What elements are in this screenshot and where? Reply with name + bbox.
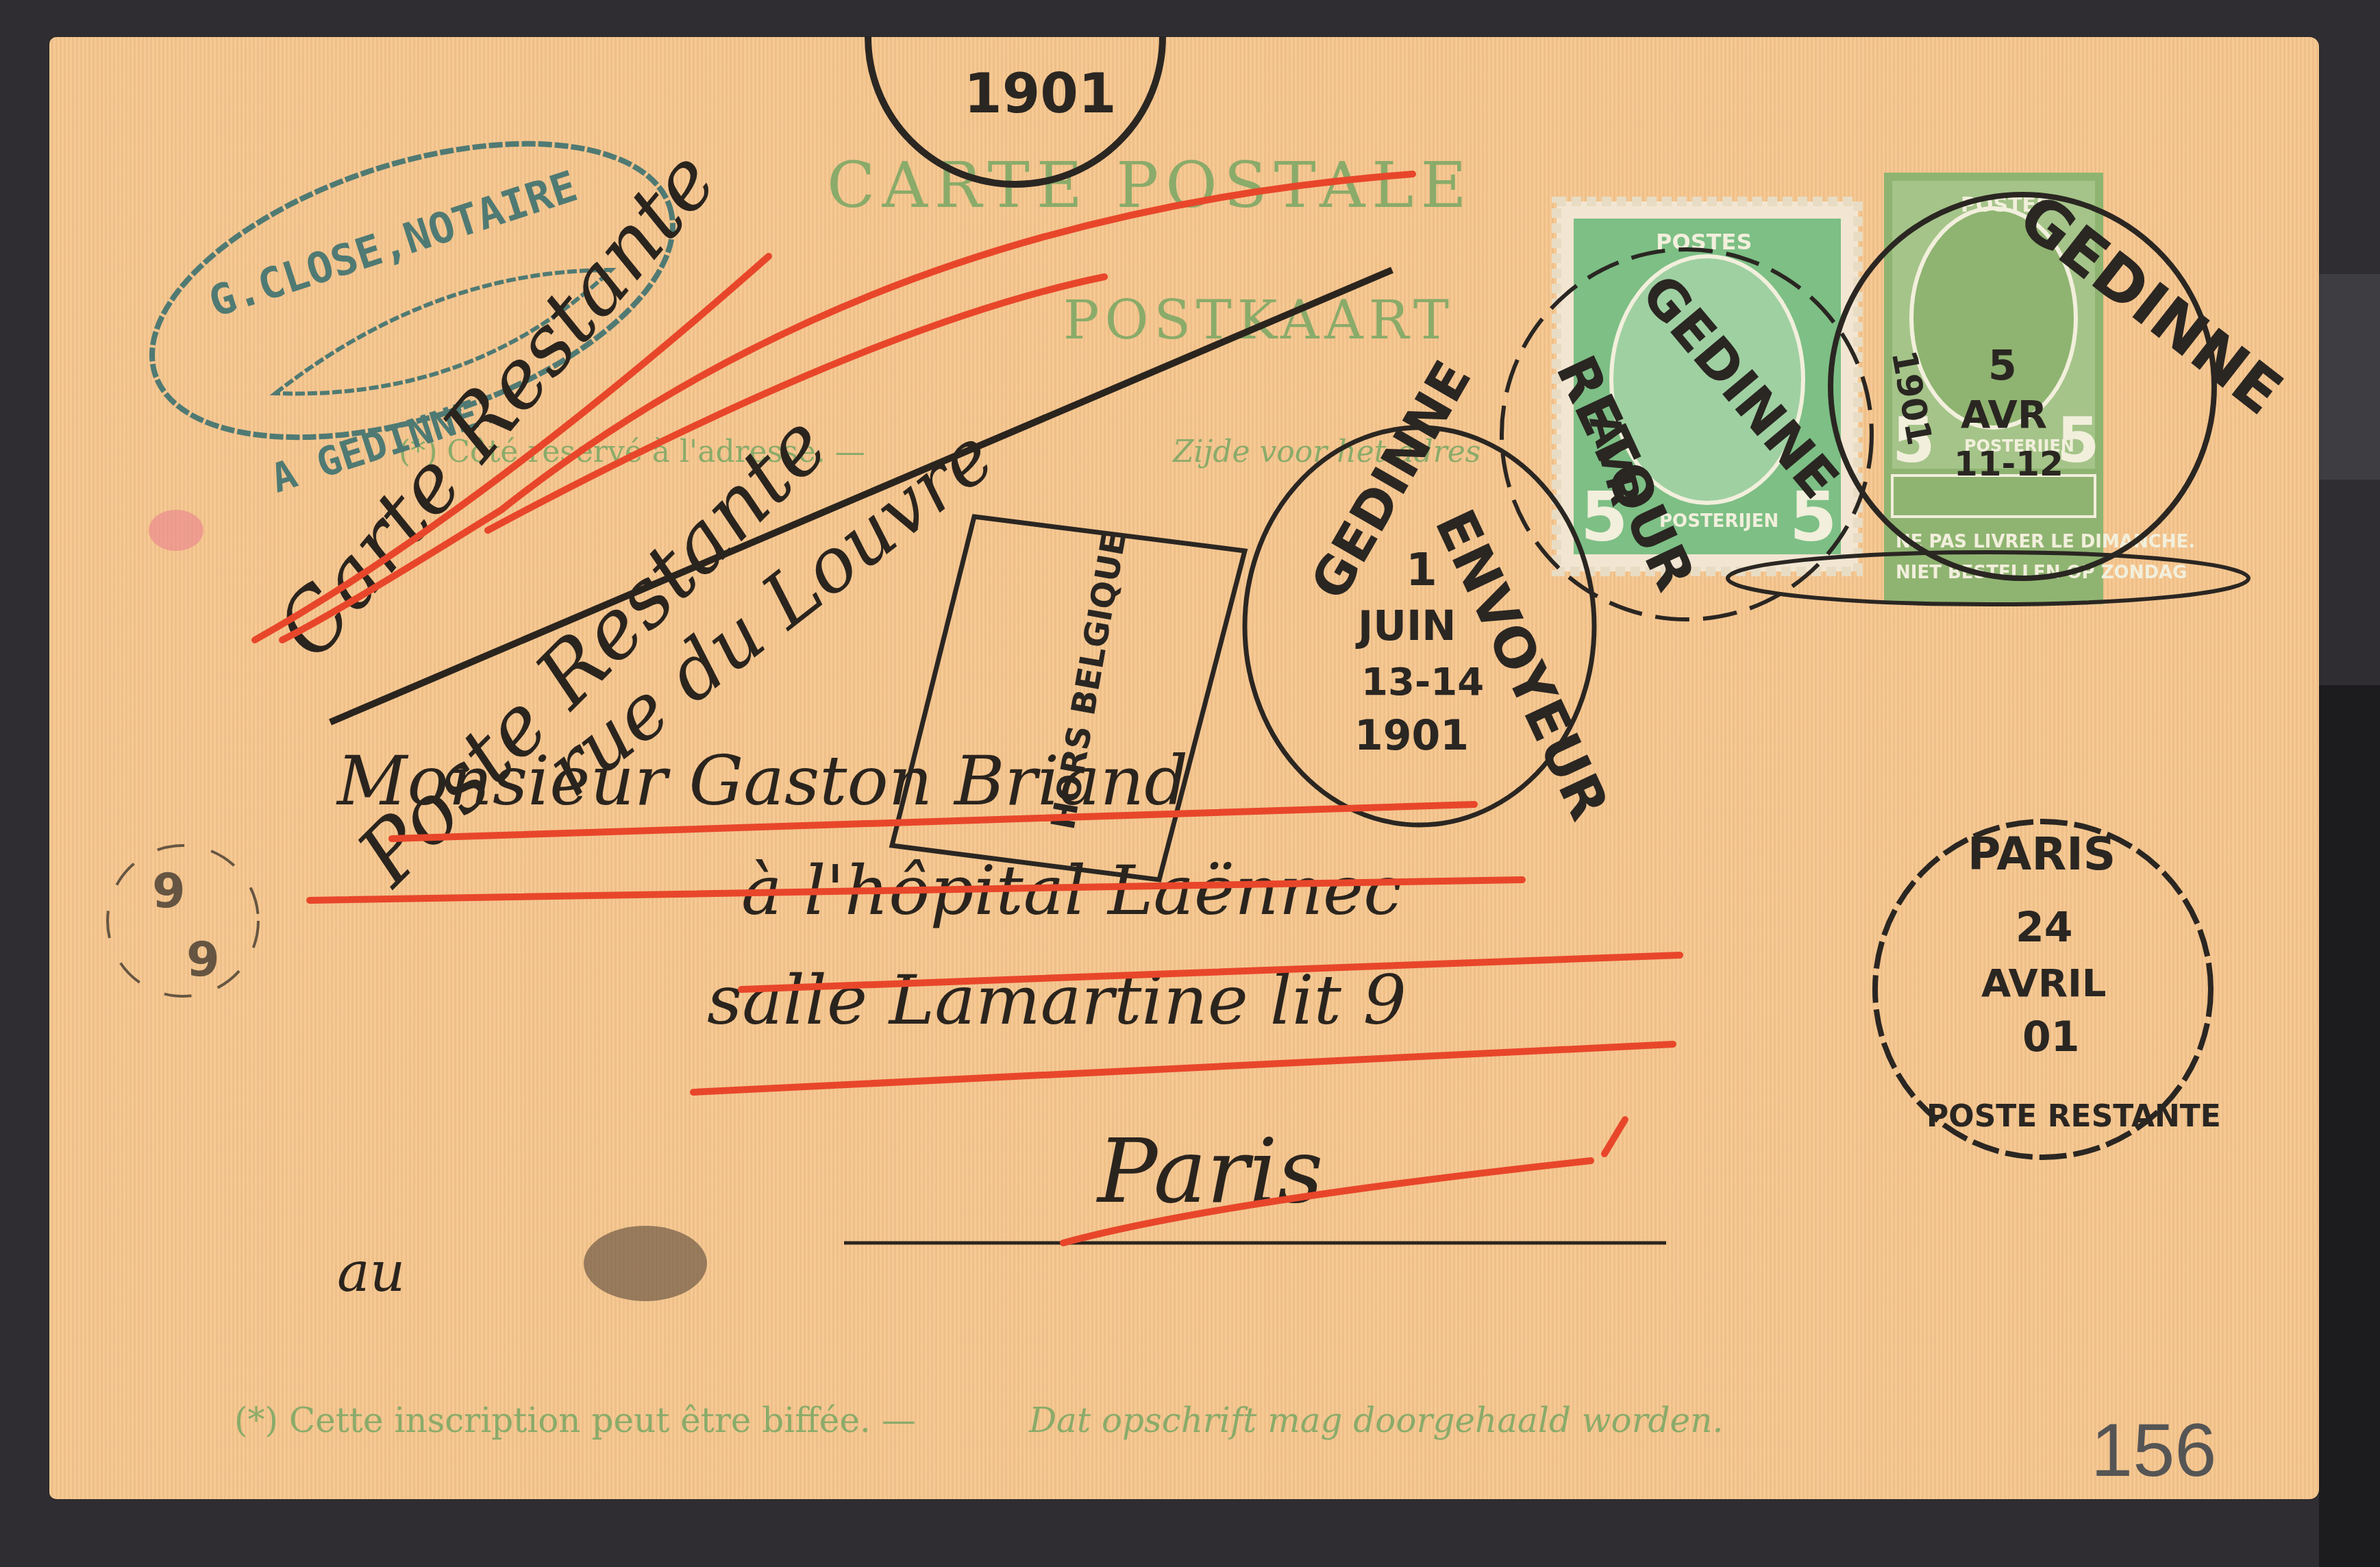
svg-text:JUIN: JUIN [1355,602,1456,650]
svg-text:AVRIL: AVRIL [1981,961,2107,1006]
background-band-dark [2319,685,2380,1567]
postcard-artwork: CARTE POSTALE POSTKAART (*) Côté réservé… [49,37,2319,1499]
postcard: CARTE POSTALE POSTKAART (*) Côté réservé… [49,37,2319,1499]
svg-text:1: 1 [1406,543,1437,596]
svg-text:9: 9 [186,931,220,987]
svg-text:POSTE RESTANTE: POSTE RESTANTE [1926,1099,2221,1134]
ink-blot [584,1226,707,1301]
boxed-stamp: HORS BELGIQUE [892,517,1245,880]
svg-text:13-14: 13-14 [1361,660,1484,704]
svg-text:PARIS: PARIS [1968,828,2116,880]
imprinted-stamp-notice-fr: NE PAS LIVRER LE DIMANCHE. [1896,532,2195,552]
svg-text:9: 9 [152,863,186,919]
svg-text:1901: 1901 [1354,712,1469,760]
background-band [2319,274,2380,480]
svg-text:5: 5 [1988,342,2017,390]
svg-text:AVR: AVR [1961,393,2047,437]
postmark-paris: PARIS 24 AVRIL 01 POSTE RESTANTE [1875,822,2221,1157]
handwriting-addressee: Monsieur Gaston Briand [336,741,1188,821]
pink-stain [149,510,203,551]
svg-text:1901: 1901 [964,62,1117,125]
handwriting-city: Paris [1096,1119,1324,1223]
footnote-fr: (*) Cette inscription peut être biffée. … [234,1401,916,1440]
pen-stroke-diagonal [330,270,1392,722]
svg-text:24: 24 [2016,904,2073,952]
footnote-nl: Dat opschrift mag doorgehaald worden. [1028,1401,1723,1440]
pencil-note: 156 [2091,1408,2217,1492]
handwriting-prefix: au [337,1240,405,1304]
postmark-left-small: 9 9 [108,846,258,996]
svg-text:01: 01 [2022,1013,2080,1061]
svg-text:11-12: 11-12 [1954,444,2063,484]
card-title-nl: POSTKAART [1063,290,1454,351]
